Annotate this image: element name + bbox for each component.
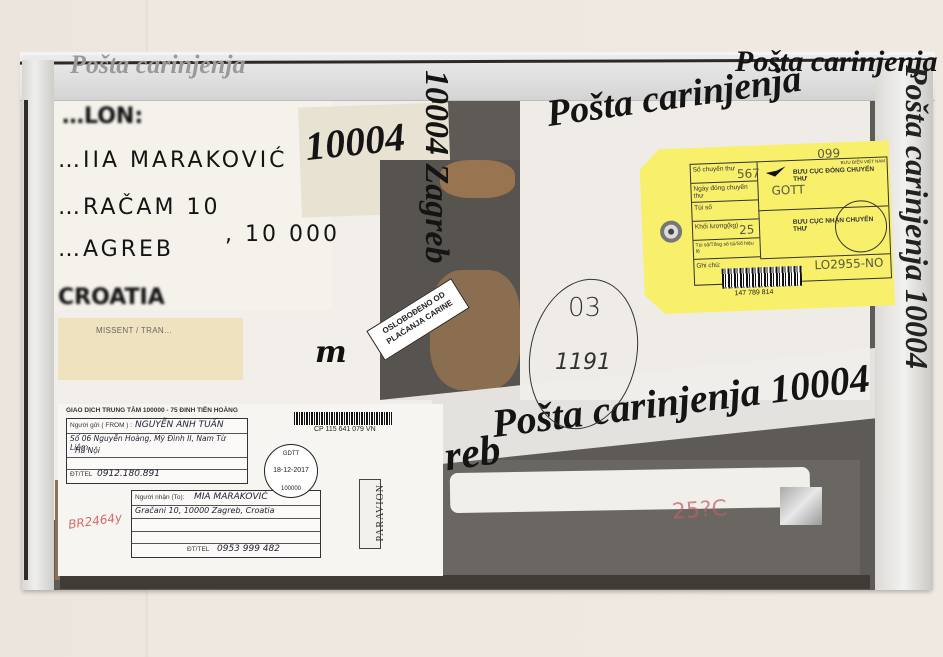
cn-barcode [294, 412, 392, 425]
recipient-tel: 0953 999 482 [217, 544, 280, 554]
tag-barcode-number: 147 789 814 [734, 289, 773, 297]
box-bottom-edge [60, 575, 870, 589]
tape-text-faded: Pošta carinjenja [70, 50, 246, 80]
sender-label: Người gửi ( FROM ) : [70, 422, 132, 429]
vietnam-post-logo-icon [765, 165, 787, 178]
sender-name: NGUYỄN ANH TUẤN [135, 420, 224, 430]
tag-trip-number: 567 [737, 166, 760, 181]
cn-barcode-number: CP 115 641 079 VN [314, 426, 376, 433]
tag-row: Túi số/Tổng số túi/Số hiệu lô [693, 238, 760, 260]
recipient-street: …RAČAM 10 [58, 195, 220, 220]
missent-label: MISSENT / TRAN… [58, 318, 243, 380]
tag-header-right: BƯU ĐIỆN VIỆT NAM [840, 158, 885, 165]
recipient-zip: , 10 000 [225, 222, 340, 247]
sender-tel: 0912.180.891 [97, 469, 160, 479]
form-line [132, 531, 320, 532]
postmark-stamp: GDTT 18-12-2017 100000 [264, 444, 318, 498]
cn-shipping-label: GIAO DỊCH TRUNG TÂM 100000 - 75 ĐINH TIÊ… [58, 404, 443, 576]
recipient-address: Gračani 10, 10000 Zagreb, Croatia [135, 506, 275, 515]
grommet-icon [660, 220, 683, 243]
vietnam-post-bag-tag: 099 Số chuyến thư Ngày đóng chuyến thư T… [639, 140, 895, 314]
recipient-city: …AGREB [58, 237, 174, 262]
par-avion-stamp: PARAVION [359, 479, 381, 549]
red-handwritten-code: BR2464y [67, 510, 123, 531]
sender-address-2: Hà Nội [75, 446, 100, 455]
oval-number-bottom: 1191 [555, 350, 611, 375]
tag-row: Ngày đóng chuyến thư [691, 181, 758, 203]
tape-text-right-vertical: Pošta carinjenja 10004 [898, 65, 935, 369]
tag-note: LO2955-NO [814, 256, 883, 273]
recipient-box: Người nhận (To): MIA MARAKOVIĆ Gračani 1… [131, 490, 321, 558]
tag-barcode [722, 266, 803, 289]
cn-header: GIAO DỊCH TRUNG TÂM 100000 - 75 ĐINH TIÊ… [66, 407, 238, 414]
silver-tape [780, 487, 822, 525]
torn-paper-strip [450, 467, 811, 513]
office-send-label: BƯU CỤC ĐÓNG CHUYẾN THƯ [793, 165, 887, 183]
recipient-label: Người nhận (To): [135, 494, 184, 501]
sender-box: Người gửi ( FROM ) : NGUYỄN ANH TUẤN Số … [66, 418, 248, 484]
tag-office-handwritten: GOTT [771, 183, 805, 198]
tape-text-vertical: 10004 Zagreb [417, 70, 455, 264]
sender-tel-label: ĐT/TEL [70, 471, 92, 478]
address-label: …LON: [62, 104, 143, 129]
missent-text: MISSENT / TRAN… [96, 326, 172, 335]
red-marker-text: 25?C [671, 496, 728, 525]
tape-left-edge [22, 60, 54, 590]
tag-postmark [834, 199, 888, 253]
form-line [67, 457, 247, 458]
tag-weight: 25 [739, 222, 755, 237]
recipient-name: …IIA MARAKOVIĆ [58, 148, 288, 173]
oval-number-top: 03 [568, 293, 601, 323]
form-line [132, 518, 320, 519]
recipient-country: CROATIA [58, 285, 165, 310]
box-edge [24, 100, 28, 580]
tag-row: Túi số [692, 200, 759, 222]
handwritten-mark: m [315, 335, 347, 370]
recipient-tel-label: ĐT/TEL [187, 546, 209, 553]
recipient-name-label: MIA MARAKOVIĆ [194, 492, 268, 502]
